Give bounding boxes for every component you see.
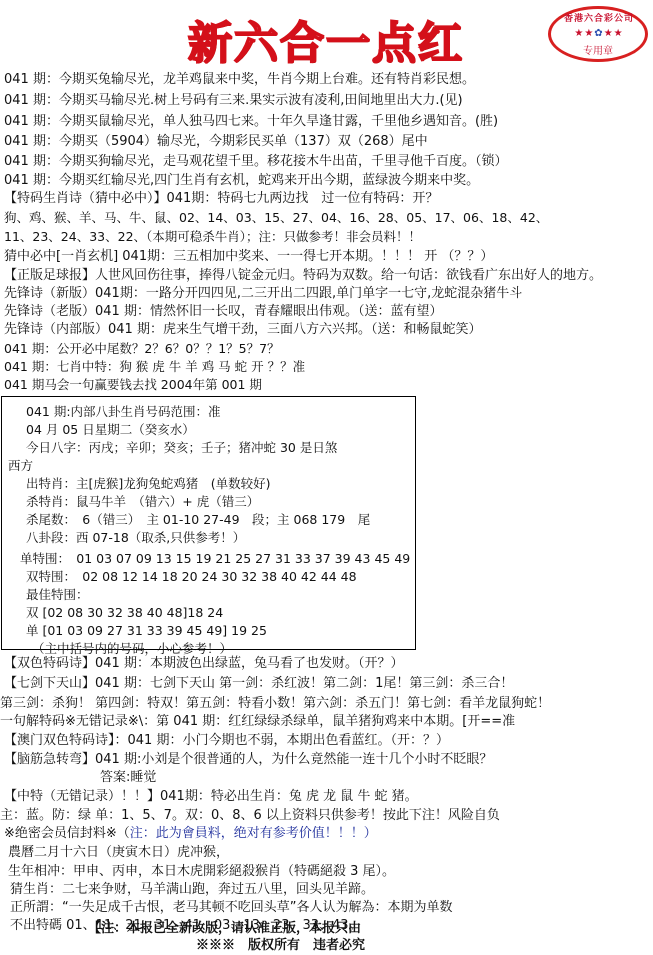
box-line: 04 月 05 日星期二（癸亥水） <box>26 422 195 438</box>
poem-line: 先锋诗（老版）041 期：情然怀旧一长叹，青春耀眼出伟观。（送：蓝有望） <box>4 304 442 320</box>
box-line: 出特肖：主[虎猴]龙狗兔蛇鸡猪 (单数较好) <box>26 476 271 492</box>
lunar-line: 農曆二月十六日（庚寅木日）虎冲猴， <box>8 845 229 861</box>
bagua-box: 041 期:内部八卦生肖号码范围：准 04 月 05 日星期二（癸亥水） 今日八… <box>1 396 416 650</box>
box-line: 西方 <box>8 458 33 474</box>
poem-line: 先锋诗（内部版）041 期：虎来生气增干劲，三面八方六兴邦。（送：和畅鼠蛇笑） <box>4 322 481 338</box>
prediction-line: 041 期：今期买兔输尽光，龙羊鸡鼠来中奖，牛肖今期上台难。还有特肖彩民想。 <box>4 72 475 88</box>
box-line: 单特围： 01 03 07 09 13 15 19 21 25 27 31 33… <box>20 551 410 567</box>
star-icon: ★ <box>604 28 614 39</box>
member-note: 注：此为會員料，绝对有参考价值！！！） <box>130 826 377 841</box>
box-line: 杀尾数： 6（错三） 主 01-10 27-49 段；主 068 179 尾 <box>26 512 370 528</box>
company-stamp: 香港六合彩公司 ★★✿★★ 专用章 <box>548 6 648 62</box>
flower-icon: ✿ <box>594 28 603 39</box>
box-line: 八卦段：西 07-18（取杀,只供参考！） <box>26 530 245 546</box>
numbers-line: 11、23、24、33、22、（本期可稳杀牛肖）；注：只做参考！非会员料！！ <box>4 229 421 245</box>
mahui-line: 041 期马会一句赢要钱去找 2004年第 001 期 <box>4 377 262 393</box>
stamp-stars: ★★✿★★ <box>559 28 639 39</box>
stamp-bottom-text: 专用章 <box>551 42 645 57</box>
seven-swords-line: 第三剑：杀狗！ 第四剑：特双！第五剑：特看小数！第六剑：杀五门！第七剑：看羊龙鼠… <box>0 696 550 712</box>
prediction-line: 041 期：今期买鼠输尽光，单人独马四七来。十年久旱逢甘露，千里他乡遇知音。(胜… <box>4 114 498 130</box>
box-line: 今日八字：丙戌；辛卯；癸亥；壬子；猪冲蛇 30 是日煞 <box>26 440 337 456</box>
page-title: 新六合一点红 <box>183 12 469 66</box>
macau-poem-line: 【澳门双色特码诗】：041 期：小门今期也不弱，本期出色看蓝红。（开：？） <box>4 733 449 749</box>
newspaper-line: 【正版足球报】人世风回伤往事，捧得八锭金元归。特码为双数。给一句话：欲钱看广东出… <box>4 268 602 284</box>
footer-copyright: ※※※ 版权所有 违者必究 <box>196 938 365 954</box>
box-line: 最佳特围： <box>26 587 89 603</box>
box-line: 双特围： 02 08 12 14 18 20 24 30 32 38 40 42… <box>26 569 357 585</box>
prediction-line: 041 期：今期买狗输尽光，走马观花望千里。移花接木牛出苗，千里寻他千百度。（锁… <box>4 154 507 170</box>
zodiac-line: 041 期：七肖中特：狗 猴 虎 牛 羊 鸡 马 蛇 开 ？？准 <box>4 359 305 375</box>
riddle-line: 猜中必中[一肖玄机] 041期：三五相加中奖来、一一得七开本期。！！！ 开 （？… <box>4 249 493 265</box>
one-phrase-line: 一句解特码※无错记录※\：第 041 期：红红绿绿杀绿单，鼠羊猪狗鸡来中本期。[… <box>0 714 515 730</box>
guess-line: 猜生肖：二七来争财，马羊满山跑，奔过五八里，回头见羊蹄。 <box>10 882 374 898</box>
member-line: ※绝密会员信封料※（注：此为會員料，绝对有参考价值！！！） <box>4 826 377 842</box>
answer-line: 答案:睡觉 <box>100 770 156 786</box>
color-poem-line: 【双色特码诗】041 期：本期波色出绿蓝，兔马看了也发财。（开？） <box>4 656 403 672</box>
poem-line: 【特码生肖诗（猜中必中）】041期：特码七九两边找 过一位有特码：开？ <box>4 191 438 207</box>
prediction-line: 041 期：今期买（5904）输尽光，今期彩民买单（137）双（268）尾中 <box>4 134 428 150</box>
prediction-line: 041 期：今期买马输尽光.树上号码有三来.果实示波有凌利,田间地里出大力.(见… <box>4 93 463 109</box>
star-icon: ★ <box>584 28 594 39</box>
member-label: ※绝密会员信封料※（ <box>4 826 130 841</box>
poem-line: 先锋诗（新版）041期：一路分开四四见,二三开出二四跟,单门单字一七守,龙蛇混杂… <box>4 286 522 302</box>
star-icon: ★ <box>614 28 624 39</box>
prediction-line: 041 期：今期买红输尽光,四门生肖有玄机，蛇鸡来开出今期，蓝绿波今期来中奖。 <box>4 173 479 189</box>
box-line: 041 期:内部八卦生肖号码范围：准 <box>26 404 221 420</box>
special-line: 【中特（无错记录）！！】041期：特必出生肖：兔 虎 龙 鼠 牛 蛇 猪。 <box>4 789 418 805</box>
box-line: （主中括号内的号码，小心参考！） <box>32 641 232 657</box>
box-line: 杀特肖：鼠马牛羊 （错六）+ 虎（错三） <box>26 494 259 510</box>
brain-teaser-line: 【脑筋急转弯】041 期:小刘是个很普通的人，为什么竟然能一连十几个小时不眨眼？ <box>4 752 492 768</box>
box-line: 双 [02 08 30 32 38 40 48]18 24 <box>26 605 223 621</box>
header: 新六合一点红 香港六合彩公司 ★★✿★★ 专用章 <box>0 0 653 68</box>
color-line: 主：蓝。防：绿 单：1、5、7。双：0、8、6 以上资料只供参考！按此下注！风险… <box>0 808 500 824</box>
seven-swords-line: 【七剑下天山】041 期：七剑下天山 第一剑：杀红波！第二剑：1尾！第三剑：杀三… <box>4 676 513 692</box>
stamp-top-text: 香港六合彩公司 <box>557 11 641 24</box>
clash-line: 生年相冲：甲申、丙申，本日木虎開彩絕殺猴肖（特碼絕殺 3 尾）。 <box>8 864 395 880</box>
numbers-line: 狗、鸡、猴、羊、马、牛、鼠、02、14、03、15、27、04、16、28、05… <box>4 210 548 226</box>
proverb-line: 正所謂：“一失足成千古恨，老马其顿不吃回头草”各人认为解為：本期为单数 <box>10 900 452 916</box>
tail-number-line: 041 期：公开必中尾数？2？6？0？？1？5？7？ <box>4 341 280 357</box>
star-icon: ★ <box>574 28 584 39</box>
footer-notice: 【注：本报已全新改版，请认准正版，本报只由 <box>88 921 361 937</box>
box-line: 单 [01 03 09 27 31 33 39 45 49] 19 25 <box>26 623 267 639</box>
